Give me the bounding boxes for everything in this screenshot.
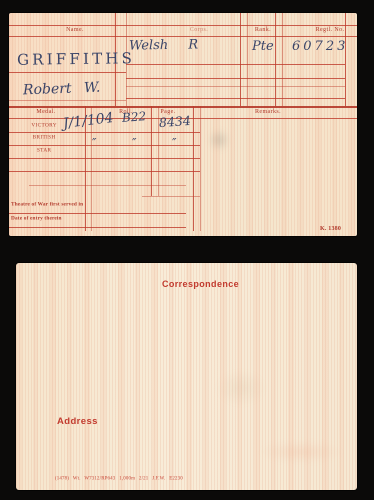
victory-page-entry: 8434 [159, 115, 192, 130]
rule-line [126, 86, 345, 87]
medal-card-back: Correspondence Address (1478) Wt. W7312/… [16, 263, 357, 490]
british-roll-ref-ditto: ″ [92, 137, 96, 149]
column-divider [193, 106, 194, 231]
medal-row-british-label: BRITISH [23, 135, 65, 140]
rank-column-label: Rank. [233, 27, 293, 33]
column-divider [200, 106, 201, 231]
rule-line [9, 72, 126, 73]
rule-line [126, 64, 345, 65]
date-of-entry-label: Date of entry therein [11, 216, 62, 221]
forenames-entry: Robert W. [23, 81, 101, 98]
british-roll-ditto: ″ [132, 137, 136, 149]
corps-entry: Welsh R [129, 38, 198, 52]
rule-line [142, 196, 200, 197]
regtl-no-column-label: Regtl. No. [300, 27, 357, 33]
medal-row-victory-label: VICTORY [23, 123, 65, 128]
medal-card-front: Name. Corps. Rank. Regtl. No. GRIFFITHS … [9, 13, 357, 236]
address-label: Address [57, 417, 98, 427]
british-page-ditto: ″ [172, 137, 176, 149]
rule-line [9, 171, 200, 172]
rule-line [9, 158, 200, 159]
rule-line [9, 100, 126, 101]
rule-line [9, 25, 357, 26]
surname-entry: GRIFFITHS [17, 51, 135, 68]
remarks-column-label: Remarks. [238, 109, 298, 115]
correspondence-heading: Correspondence [16, 280, 357, 289]
rule-line [9, 132, 200, 133]
medal-row-star-label: STAR [23, 148, 65, 153]
rule-line [29, 185, 186, 186]
stain-mark [204, 125, 234, 155]
stain-mark [206, 363, 276, 413]
rule-line [126, 78, 345, 79]
medal-column-label: Medal. [16, 109, 76, 115]
stain-mark [246, 438, 356, 466]
column-divider [151, 106, 152, 196]
printer-imprint: (1478) Wt. W7312/RP643 1,000m 2/21 J.F.W… [55, 476, 183, 481]
corps-column-label: Corps. [169, 27, 229, 33]
rank-entry: Pte [252, 40, 274, 53]
victory-roll-entry: B22 [122, 110, 147, 124]
form-reference: K. 1380 [320, 226, 341, 232]
rule-line [9, 227, 186, 228]
theatre-of-war-label: Theatre of War first served in [11, 202, 83, 207]
rule-line [9, 213, 186, 214]
rule-line [126, 98, 345, 99]
rule-line [9, 106, 357, 108]
name-column-label: Name. [45, 27, 105, 33]
regtl-no-entry: 60723 [292, 40, 348, 53]
